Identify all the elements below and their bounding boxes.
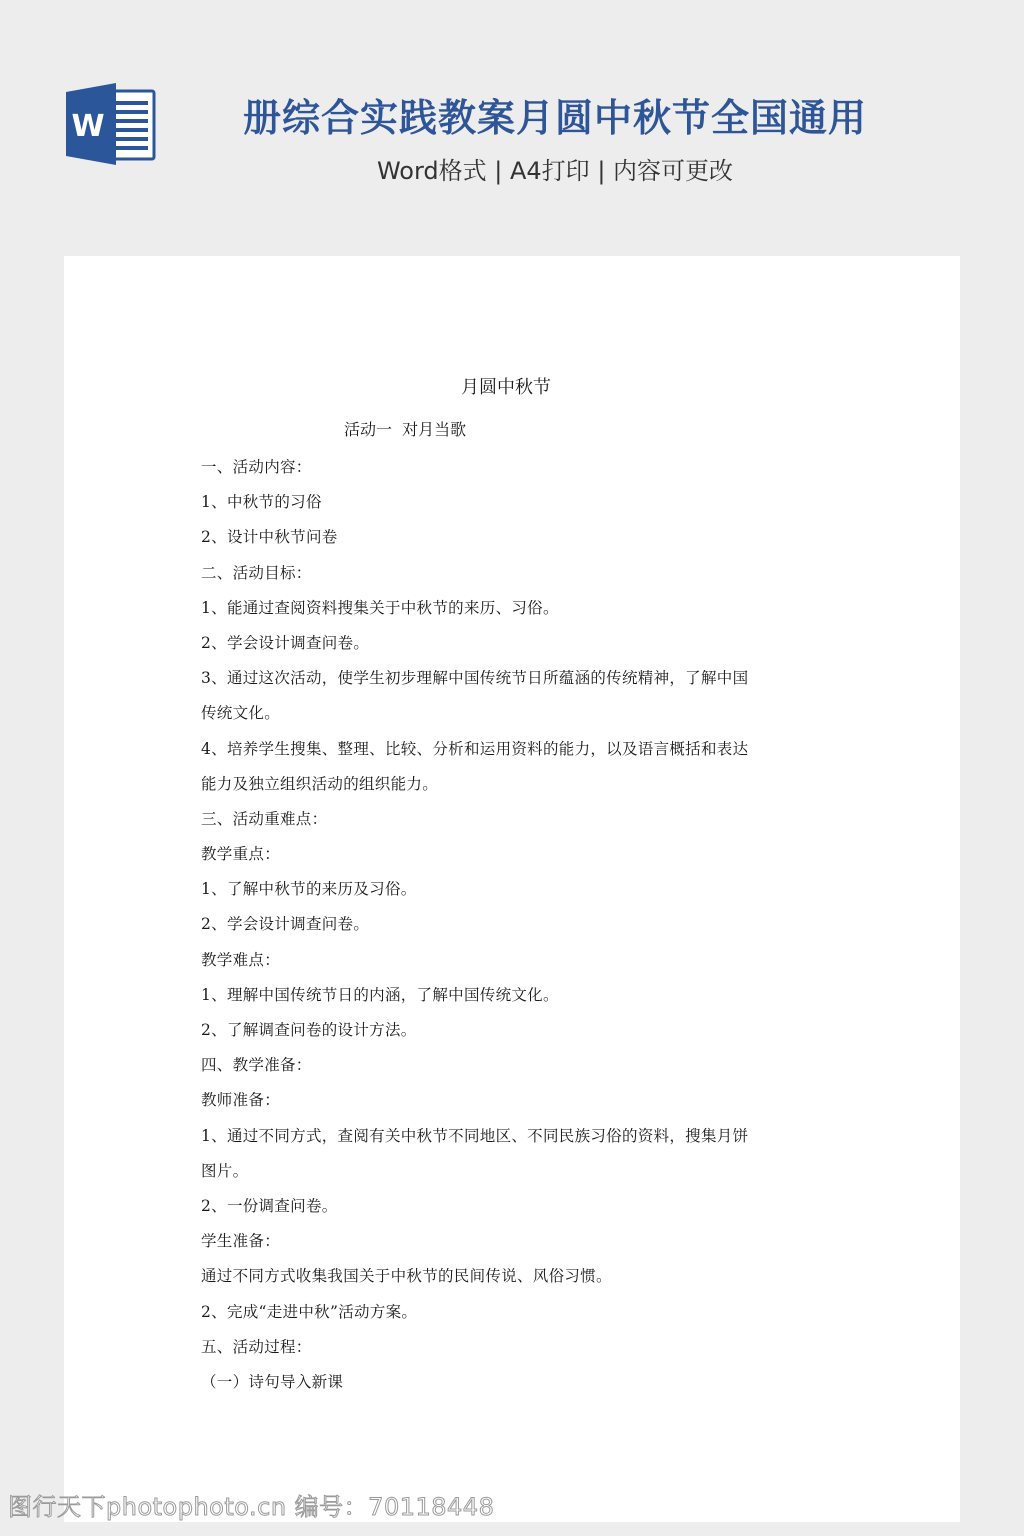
watermark-text: 图行天下photophoto.cn 编号：70118448 [8,1490,494,1524]
list-item-continuation: 图片。 [201,1154,831,1189]
list-item: 4、培养学生搜集、整理、比较、分析和运用资料的能力，以及语言概括和表达 [201,732,831,767]
list-item: 2、了解调查问卷的设计方法。 [201,1013,831,1048]
section-heading: 三、活动重难点： [201,802,831,837]
page-title: 册综合实践教案月圆中秋节全国通用 [190,94,920,142]
list-item: 3、通过这次活动，使学生初步理解中国传统节日所蕴涵的传统精神，了解中国 [201,661,831,696]
document-page: 月圆中秋节 活动一 对月当歌 一、活动内容： 1、中秋节的习俗 2、设计中秋节问… [64,256,960,1522]
subsection-heading: 教学重点： [201,837,831,872]
preview-header: W 册综合实践教案月圆中秋节全国通用 Word格式 | A4打印 | 内容可更改 [0,0,1024,256]
list-item-continuation: 能力及独立组织活动的组织能力。 [201,767,831,802]
paragraph: 通过不同方式收集我国关于中秋节的民间传说、风俗习惯。 [201,1259,831,1294]
list-item: 2、一份调查问卷。 [201,1189,831,1224]
document-title: 月圆中秋节 [64,374,948,402]
list-item: 2、完成“走进中秋”活动方案。 [201,1295,831,1330]
list-item: 1、通过不同方式，查阅有关中秋节不同地区、不同民族习俗的资料，搜集月饼 [201,1119,831,1154]
word-document-icon: W [64,82,156,166]
section-heading: 二、活动目标： [201,556,831,591]
subsection-heading: 教师准备： [201,1083,831,1118]
list-item: 1、能通过查阅资料搜集关于中秋节的来历、习俗。 [201,591,831,626]
document-body: 一、活动内容： 1、中秋节的习俗 2、设计中秋节问卷 二、活动目标： 1、能通过… [201,450,831,1400]
subsection-heading: （一）诗句导入新课 [201,1365,831,1400]
list-item: 1、中秋节的习俗 [201,485,831,520]
subsection-heading: 学生准备： [201,1224,831,1259]
list-item: 2、学会设计调查问卷。 [201,907,831,942]
format-subtitle: Word格式 | A4打印 | 内容可更改 [190,154,920,188]
list-item: 1、理解中国传统节日的内涵，了解中国传统文化。 [201,978,831,1013]
list-item: 2、学会设计调查问卷。 [201,626,831,661]
subsection-heading: 教学难点： [201,943,831,978]
list-item-continuation: 传统文化。 [201,696,831,731]
section-heading: 一、活动内容： [201,450,831,485]
list-item: 1、了解中秋节的来历及习俗。 [201,872,831,907]
svg-text:W: W [71,109,104,144]
activity-heading: 活动一 对月当歌 [344,416,466,444]
section-heading: 五、活动过程： [201,1330,831,1365]
list-item: 2、设计中秋节问卷 [201,520,831,555]
section-heading: 四、教学准备： [201,1048,831,1083]
